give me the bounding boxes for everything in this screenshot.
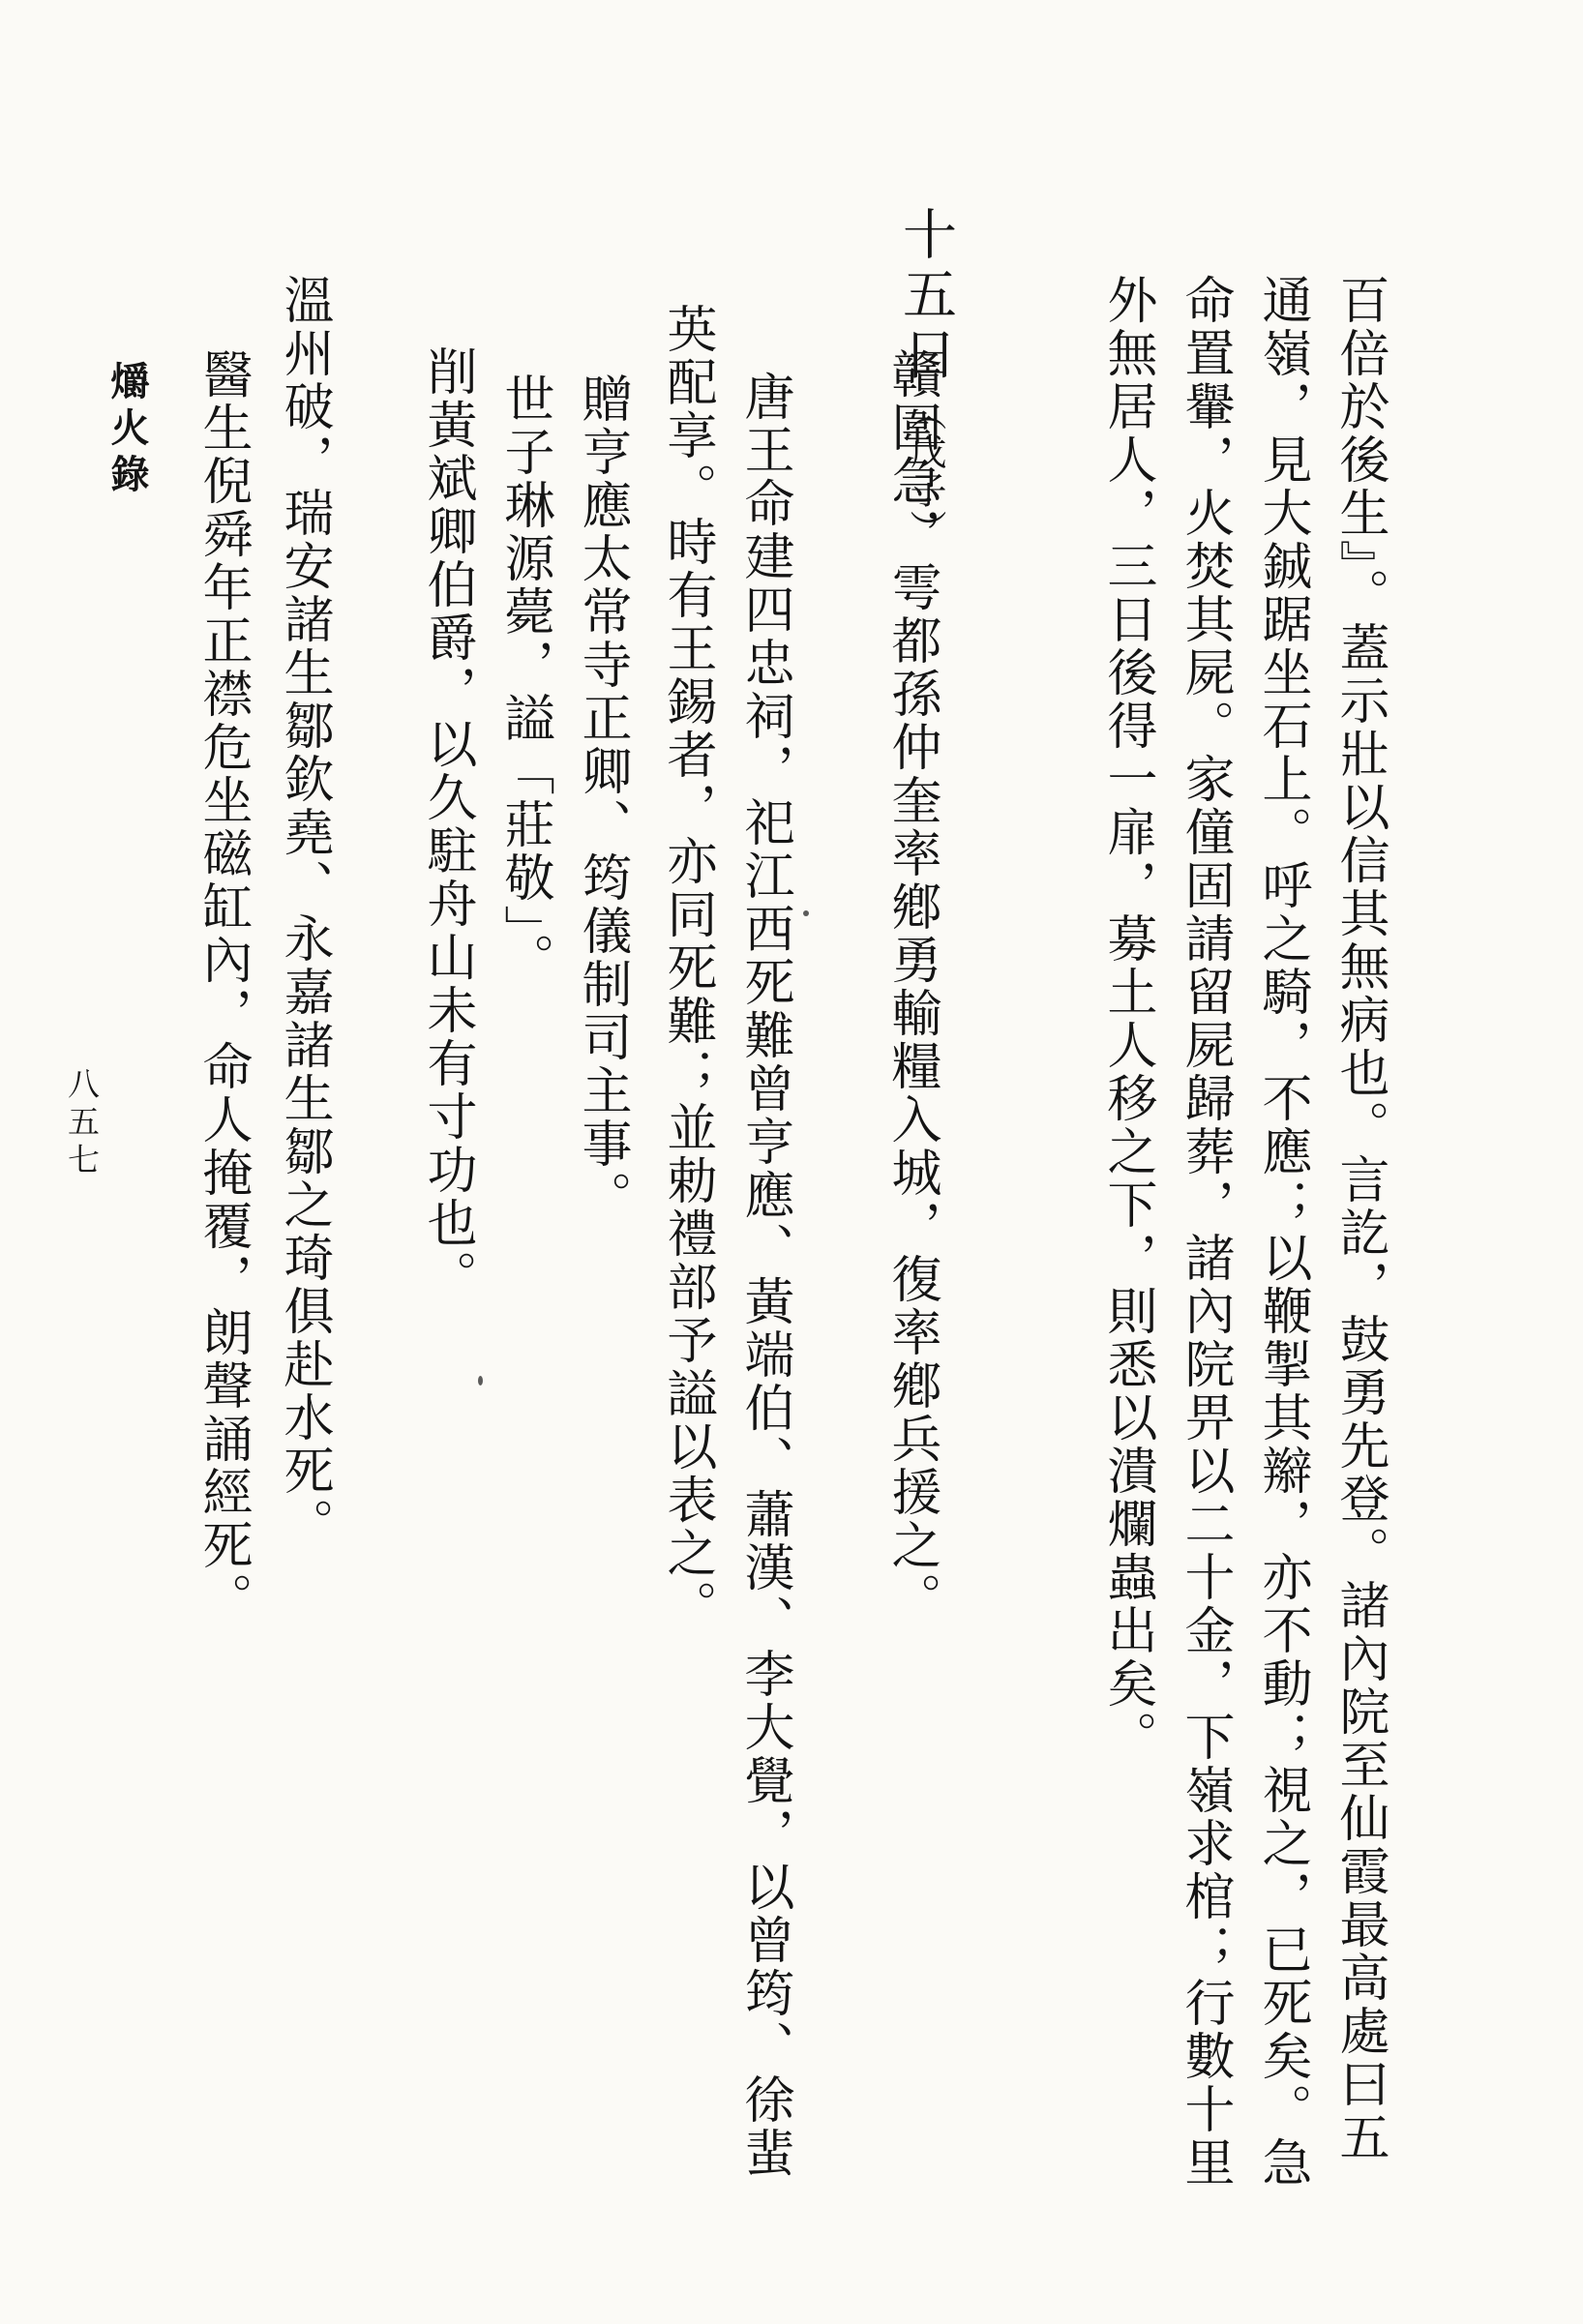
previous-entry-continuation-paragraph: 百倍於後生』。蓋示壯以信其無病也。言訖，鼓勇先登。諸內院至仙霞最高處曰五 通嶺，…	[1089, 274, 1398, 2190]
entry-paragraph-four-loyalists-shrine: 唐王命建四忠祠，祀江西死難曾亨應、黃端伯、蕭漢、李大覺，以曾筠、徐蜚 英配享。時…	[648, 303, 803, 2180]
entry-paragraph-gan-siege: 贛圍急，雩都孫仲奎率鄕勇輸糧入城，復率鄕兵援之。	[873, 348, 950, 1625]
entry-paragraph-posthumous-offices: 贈亨應太常寺正卿、筠儀制司主事。	[563, 372, 641, 1224]
entry-paragraph-wenzhou-falls: 溫州破，瑞安諸生鄒欽堯、永嘉諸生鄒之琦俱赴水死。	[265, 274, 343, 1551]
entry-paragraph-huang-binqing-demoted: 削黃斌卿伯爵，以久駐舟山未有寸功也。	[408, 345, 486, 1303]
scan-artifact-speck	[478, 1376, 483, 1385]
scan-artifact-speck	[803, 910, 809, 916]
book-page-scan: 百倍於後生』。蓋示壯以信其無病也。言訖，鼓勇先登。諸內院至仙霞最高處曰五 通嶺，…	[0, 0, 1583, 2324]
entry-paragraph-doctor-ni-shunnian: 醫生倪舜年正襟危坐磁缸內，命人掩覆，朗聲誦經死。	[184, 348, 261, 1625]
entry-paragraph-heir-death: 世子琳源薨，謚「莊敬」。	[486, 372, 563, 986]
folio-page-number: 八五七	[59, 1067, 105, 1180]
running-title: 爝火錄	[100, 361, 155, 500]
